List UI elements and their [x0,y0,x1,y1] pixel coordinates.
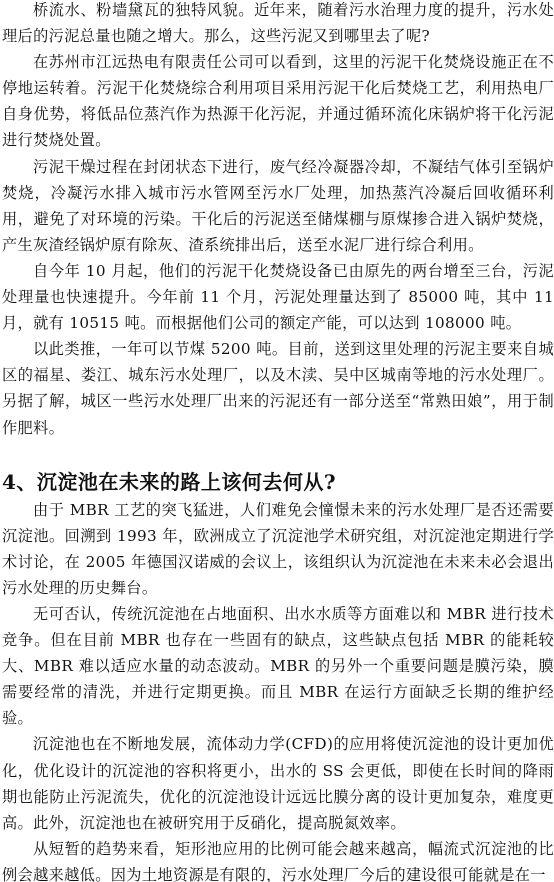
section-heading: 4、沉淀池在未来的路上该何去何从? [2,467,554,497]
paragraph-future-trend: 从短暂的趋势来看，矩形池应用的比例可能会越来越高，幅流式沉淀池的比例会越来越低。… [2,836,554,882]
paragraph-drying-process: 污泥干燥过程在封闭状态下进行，废气经冷凝器冷却，不凝结气体引至锅炉焚烧，冷凝污水… [2,154,554,258]
paragraph-mbr-intro: 由于 MBR 工艺的突飞猛进，人们难免会憧憬未来的污水处理厂是否还需要沉淀池。回… [2,497,554,601]
paragraph-mbr-drawbacks: 无可否认，传统沉淀池在占地面积、出水水质等方面难以和 MBR 进行技术竞争。但在… [2,601,554,731]
paragraph-capacity: 自今年 10 月起，他们的污泥干化焚烧设备已由原先的两台增至三台，污泥处理量也快… [2,258,554,336]
paragraph-coal-savings: 以此类推，一年可以节煤 5200 吨。目前，送到这里处理的污泥主要来自城区的福星… [2,336,554,440]
section-spacer [2,441,554,467]
document-page: 桥流水、粉墙黛瓦的独特风貌。近年来，随着污水治理力度的提升，污水处理后的污泥总量… [2,0,554,882]
paragraph-sludge-intro: 桥流水、粉墙黛瓦的独特风貌。近年来，随着污水治理力度的提升，污水处理后的污泥总量… [2,0,554,49]
paragraph-cfd-development: 沉淀池也在不断地发展，流体动力学(CFD)的应用将使沉淀池的设计更加优化，优化设… [2,731,554,835]
paragraph-jiangyuan-facility: 在苏州市江远热电有限责任公司可以看到，这里的污泥干化焚烧设施正在不停地运转着。污… [2,49,554,153]
